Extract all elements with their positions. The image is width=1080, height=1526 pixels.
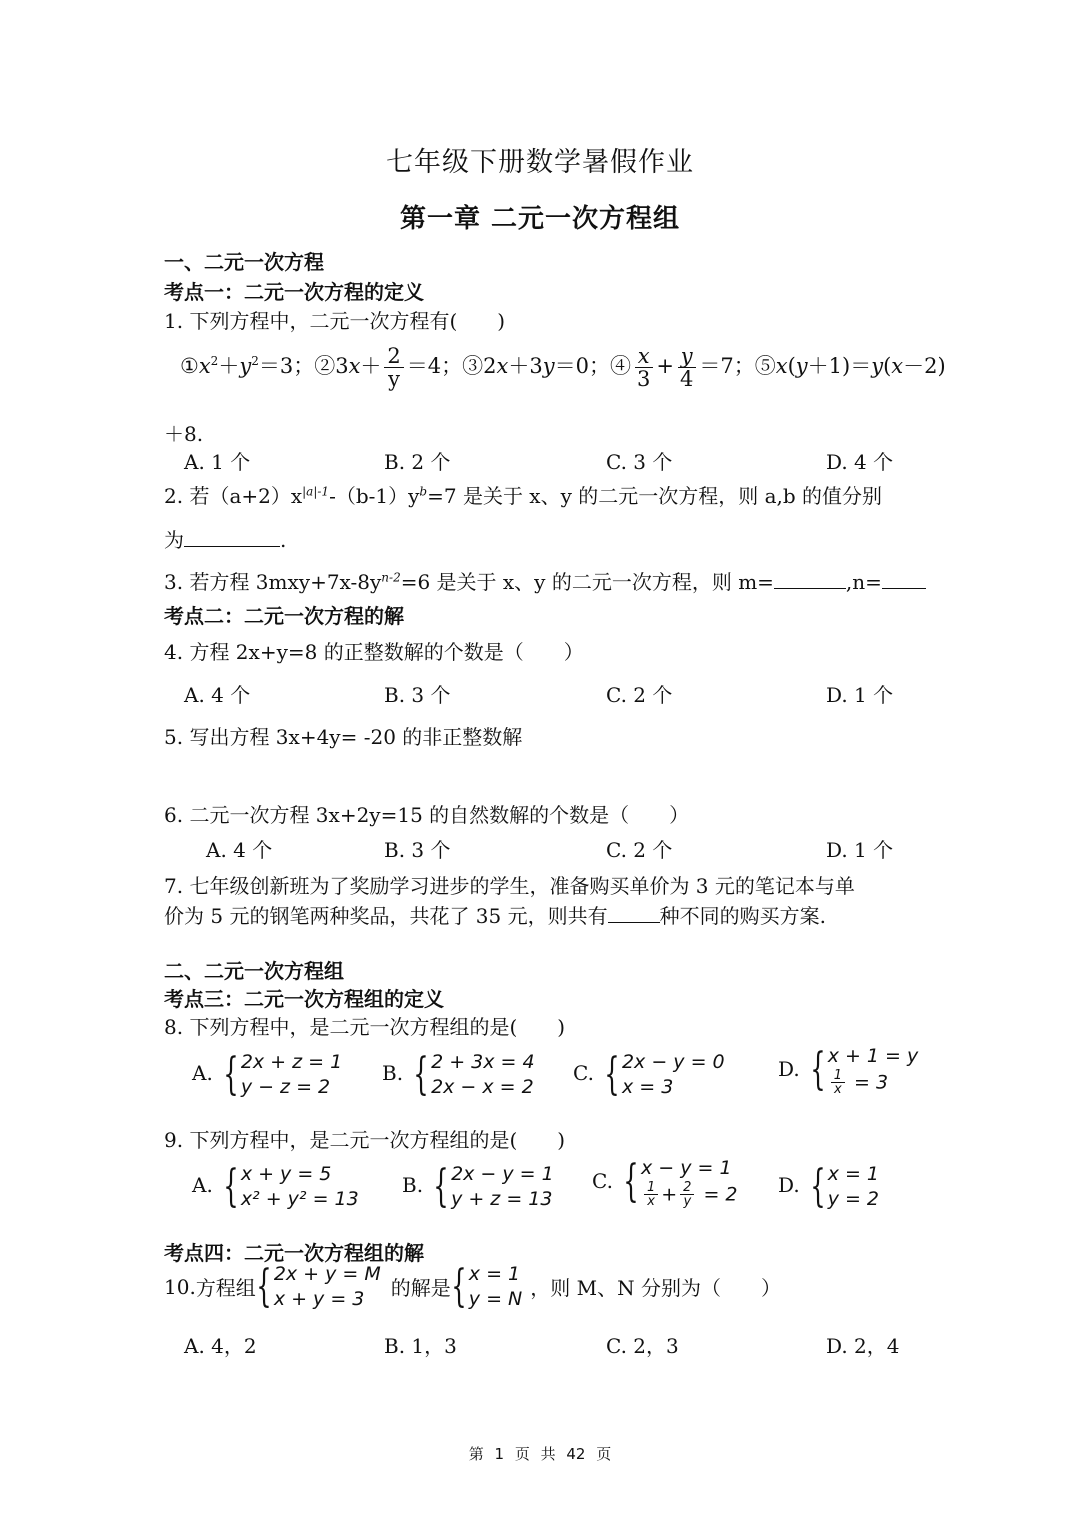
option-c[interactable]: C.{x − y = 11x+2y = 2: [592, 1156, 738, 1209]
equation-system: {2x − y = 0x = 3: [604, 1050, 725, 1099]
chapter-title: 第一章 二元一次方程组: [0, 198, 1080, 235]
answer-blank-m[interactable]: [774, 569, 846, 589]
option-a[interactable]: A. 1 个: [184, 446, 250, 475]
equation-system: {x + y = 5x² + y² = 13: [223, 1162, 359, 1211]
option-d[interactable]: D. 1 个: [826, 834, 893, 863]
option-b[interactable]: B.{2x − y = 1y + z = 13: [402, 1162, 554, 1211]
equation-system: {x = 1y = 2: [810, 1162, 879, 1211]
section-heading-2: 二、二元一次方程组: [164, 955, 344, 984]
question-number: 4.: [164, 640, 183, 664]
equation-system: {2 + 3x = 42x − x = 2: [413, 1050, 535, 1099]
question-1-items-cont: ＋8.: [164, 418, 203, 447]
option-d[interactable]: D.{x + 1 = y1x = 3: [778, 1044, 918, 1097]
question-6: 6. 二元一次方程 3x+2y=15 的自然数解的个数是（ ）: [164, 799, 689, 828]
option-a[interactable]: A.{2x + z = 1y − z = 2: [192, 1050, 342, 1099]
question-2-line2: 为.: [164, 524, 286, 553]
equation-system: {2x − y = 1y + z = 13: [433, 1162, 554, 1211]
option-b[interactable]: B. 3 个: [384, 679, 451, 708]
answer-blank[interactable]: [184, 527, 280, 547]
question-number: 6.: [164, 803, 183, 827]
option-c[interactable]: C. 3 个: [606, 446, 672, 475]
option-d[interactable]: D. 2，4: [826, 1330, 900, 1359]
option-a[interactable]: A. 4 个: [184, 679, 250, 708]
question-number: 1.: [164, 309, 183, 333]
option-c[interactable]: C. 2，3: [606, 1330, 679, 1359]
document-page: 七年级下册数学暑假作业 第一章 二元一次方程组 一、二元一次方程 考点一：二元一…: [0, 0, 1080, 1526]
question-stem: 下列方程中，二元一次方程有( ): [189, 309, 505, 333]
question-3: 3. 若方程 3mxy+7x-8yn-2=6 是关于 x、y 的二元一次方程，则…: [164, 566, 926, 595]
document-title: 七年级下册数学暑假作业: [0, 140, 1080, 179]
question-7: 7. 七年级创新班为了奖励学习进步的学生，准备购买单价为 3 元的笔记本与单: [164, 870, 855, 899]
answer-blank-n[interactable]: [882, 569, 926, 589]
equation-system: {x − y = 11x+2y = 2: [623, 1156, 738, 1209]
section-heading-1: 一、二元一次方程: [164, 246, 324, 275]
solution-system: {x = 1y = N: [451, 1262, 522, 1311]
topic-heading-2: 考点二：二元一次方程的解: [164, 600, 404, 629]
option-d[interactable]: D. 1 个: [826, 679, 893, 708]
topic-heading-3: 考点三：二元一次方程组的定义: [164, 983, 444, 1012]
question-number: 5.: [164, 725, 183, 749]
question-9: 9. 下列方程中，是二元一次方程组的是( ): [164, 1124, 565, 1153]
question-4: 4. 方程 2x+y=8 的正整数解的个数是（ ）: [164, 636, 584, 665]
option-b[interactable]: B. 1，3: [384, 1330, 457, 1359]
option-b[interactable]: B. 3 个: [384, 834, 451, 863]
option-a[interactable]: A.{x + y = 5x² + y² = 13: [192, 1162, 359, 1211]
option-d[interactable]: D.{x = 1y = 2: [778, 1162, 879, 1211]
option-c[interactable]: C.{2x − y = 0x = 3: [573, 1050, 725, 1099]
question-2: 2. 若（a+2）x|a|-1-（b-1）yb=7 是关于 x、y 的二元一次方…: [164, 480, 882, 509]
question-5: 5. 写出方程 3x+4y= -20 的非正整数解: [164, 721, 522, 750]
option-c[interactable]: C. 2 个: [606, 679, 672, 708]
question-8: 8. 下列方程中，是二元一次方程组的是( ): [164, 1011, 565, 1040]
question-1: 1. 下列方程中，二元一次方程有( ): [164, 305, 505, 334]
option-d[interactable]: D. 4 个: [826, 446, 893, 475]
question-number: 10.: [164, 1275, 196, 1299]
page-number: 第 1 页 共 42 页: [0, 1443, 1080, 1464]
option-b[interactable]: B. 2 个: [384, 446, 451, 475]
question-number: 9.: [164, 1128, 183, 1152]
topic-heading-1: 考点一：二元一次方程的定义: [164, 276, 424, 305]
equation-system: {2x + y = Mx + y = 3: [256, 1262, 381, 1311]
question-1-items: ①x2＋y2＝3；②3x＋2y＝4；③2x＋3y＝0；④x3+y4＝7；⑤x(y…: [180, 345, 946, 390]
question-number: 7.: [164, 874, 183, 898]
option-a[interactable]: A. 4 个: [206, 834, 272, 863]
question-number: 8.: [164, 1015, 183, 1039]
option-b[interactable]: B.{2 + 3x = 42x − x = 2: [382, 1050, 535, 1099]
answer-blank[interactable]: [608, 903, 660, 923]
equation-system: {x + 1 = y1x = 3: [810, 1044, 919, 1097]
question-7-line2: 价为 5 元的钢笔两种奖品，共花了 35 元，则共有种不同的购买方案.: [164, 900, 826, 929]
option-c[interactable]: C. 2 个: [606, 834, 672, 863]
question-10: 10.方程组{2x + y = Mx + y = 3 的解是{x = 1y = …: [164, 1262, 781, 1311]
option-a[interactable]: A. 4，2: [184, 1330, 257, 1359]
equation-system: {2x + z = 1y − z = 2: [223, 1050, 342, 1099]
question-number: 2.: [164, 484, 183, 508]
question-number: 3.: [164, 570, 183, 594]
